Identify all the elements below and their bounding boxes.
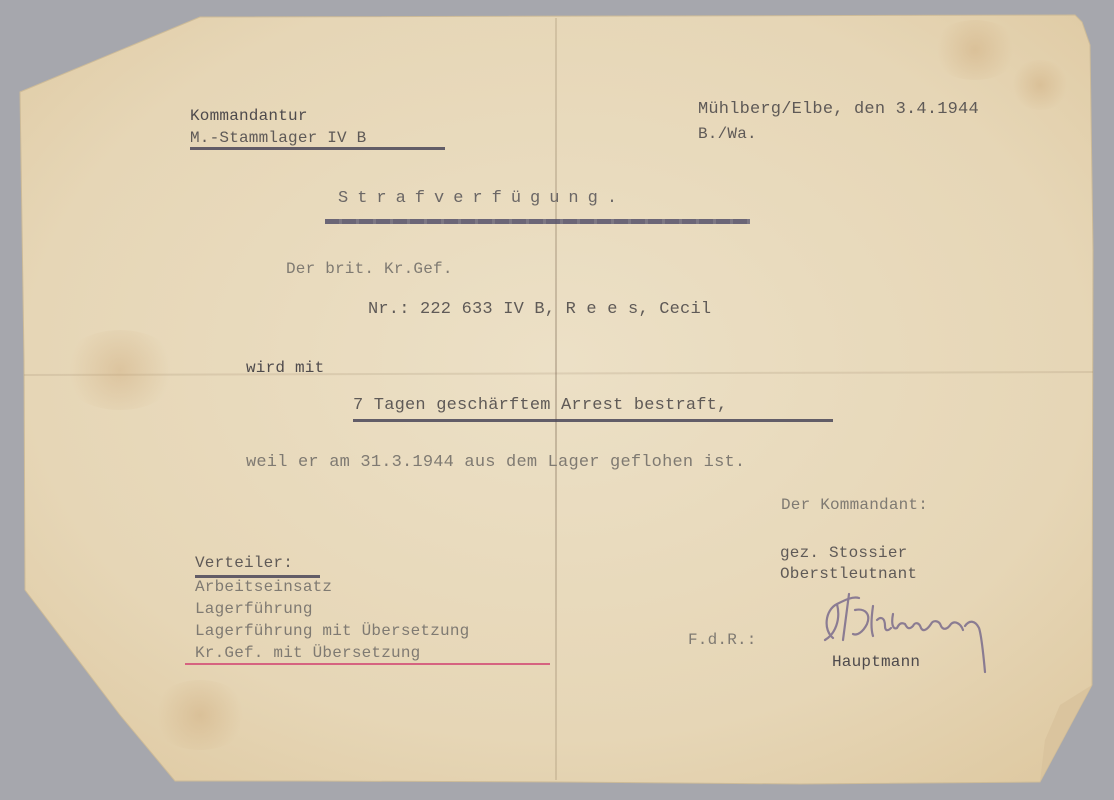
subject-intro: Der brit. Kr.Gef. xyxy=(286,259,453,279)
wird-mit: wird mit xyxy=(246,358,324,378)
distribution-item: Kr.Gef. mit Übersetzung xyxy=(195,643,420,663)
place-date: Mühlberg/Elbe, den 3.4.1944 xyxy=(698,100,979,120)
distribution-heading: Verteiler: xyxy=(195,553,293,573)
penalty-underline xyxy=(353,419,833,422)
document-title: Strafverfügung. xyxy=(338,189,626,209)
prisoner-id: Nr.: 222 633 IV B, R e e s, Cecil xyxy=(368,300,711,320)
paper-stain xyxy=(150,680,250,750)
paper-stain xyxy=(60,330,180,410)
fdr-label: F.d.R.: xyxy=(688,630,757,650)
paper-stain xyxy=(1010,60,1070,110)
commandant-rank: Oberstleutnant xyxy=(780,564,917,584)
header-office: Kommandantur xyxy=(190,106,308,126)
commandant-signed: gez. Stossier xyxy=(780,543,907,563)
commandant-heading: Der Kommandant: xyxy=(781,495,928,515)
paper-stain xyxy=(930,20,1020,80)
certifier-rank: Hauptmann xyxy=(832,652,920,672)
reference: B./Wa. xyxy=(698,124,757,144)
penalty: 7 Tagen geschärftem Arrest bestraft, xyxy=(353,396,727,416)
distribution-item: Arbeitseinsatz xyxy=(195,577,332,597)
header-underline xyxy=(190,147,445,150)
title-underline xyxy=(325,219,750,224)
red-pencil-underline xyxy=(185,663,550,665)
document: Kommandantur M.-Stammlager IV B Mühlberg… xyxy=(0,0,1114,800)
distribution-item: Lagerführung mit Übersetzung xyxy=(195,621,469,641)
reason: weil er am 31.3.1944 aus dem Lager geflo… xyxy=(246,453,745,473)
distribution-item: Lagerführung xyxy=(195,599,313,619)
header-camp: M.-Stammlager IV B xyxy=(190,128,366,148)
